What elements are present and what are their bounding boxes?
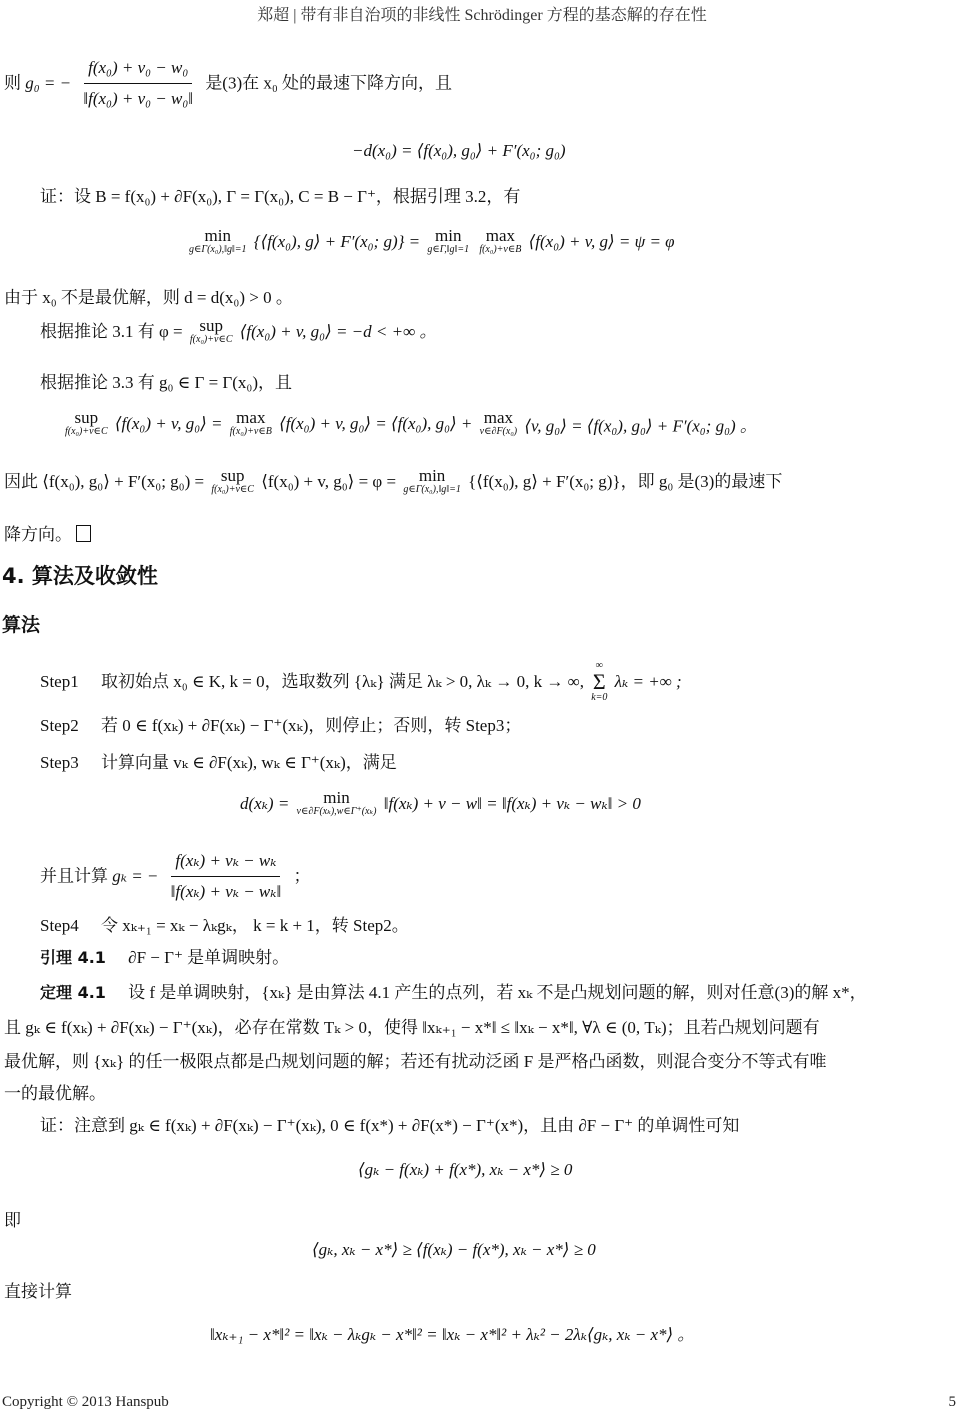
equation-2-tail: ⟨f(x₀) + v, g⟩ = ψ = φ: [529, 232, 675, 251]
copyright: Copyright © 2013 Hanspub: [2, 1394, 169, 1411]
paragraph-ji: 即: [4, 1208, 21, 1234]
corollary-3-3-line: 根据推论 3.3 有 g₀ ∈ Γ = Γ(x₀)，且: [40, 370, 292, 396]
fraction: f(x₀) + v₀ − w₀ ‖f(x₀) + v₀ − w₀‖: [79, 55, 197, 112]
min-operator: ming∈Γ(x₀),‖g‖=1: [403, 468, 461, 496]
equation-3: supf(x₀)+v∈C ⟨f(x₀) + v, g₀⟩ = maxf(x₀)+…: [62, 410, 757, 438]
text: 降方向。: [4, 525, 72, 544]
max-operator: maxv∈∂F(x₀): [480, 410, 517, 438]
step-text: 取初始点 x₀ ∈ K, k = 0，选取数列 {λₖ} 满足 λₖ > 0, …: [101, 672, 584, 691]
eq3-part-c: ⟨v, g₀⟩ = ⟨f(x₀), g₀⟩ + F′(x₀; g₀) 。: [524, 417, 757, 436]
max-operator: maxf(x₀)+v∈B: [479, 228, 521, 256]
min-operator: ming∈Γ,‖g‖=1: [427, 228, 469, 256]
eq3-part-a: ⟨f(x₀) + v, g₀⟩ =: [115, 414, 223, 433]
fraction-denominator: ‖f(xₖ) + vₖ − wₖ‖: [167, 877, 286, 905]
therefore-continuation: 降方向。: [4, 522, 91, 548]
step-label: Step2: [40, 716, 79, 735]
subsection-title: 算法: [2, 610, 40, 637]
step4: Step4 令 xₖ₊₁ = xₖ − λₖgₖ， k = k + 1，转 St…: [40, 913, 409, 939]
therefore-line: 因此 ⟨f(x₀), g₀⟩ + F′(x₀; g₀) = supf(x₀)+v…: [4, 468, 782, 496]
eq3-part-b: ⟨f(x₀) + v, g₀⟩ = ⟨f(x₀), g₀⟩ +: [279, 414, 472, 433]
step-text: 若 0 ∈ f(xₖ) + ∂F(xₖ) − Γ⁺(xₖ)，则停止；否则，转 S…: [101, 716, 521, 735]
step-text: 令 xₖ₊₁ = xₖ − λₖgₖ， k = k + 1，转 Step2。: [101, 916, 409, 935]
corollary-3-1-line: 根据推论 3.1 有 φ = supf(x₀)+v∈C ⟨f(x₀) + v, …: [40, 318, 436, 346]
theorem-4-1-line-2: 且 gₖ ∈ f(xₖ) + ∂F(xₖ) − Γ⁺(xₖ)，必存在常数 Tₖ …: [4, 1015, 820, 1041]
equation-5: ⟨gₖ − f(xₖ) + f(x*), xₖ − x*⟩ ≥ 0: [358, 1160, 572, 1180]
theorem-4-1-line-3: 最优解，则 {xₖ} 的任一极限点都是凸规划问题的解；若还有扰动泛函 F 是严格…: [4, 1049, 826, 1075]
eq4-tail: ‖f(xₖ) + v − w‖ = ‖f(xₖ) + vₖ − wₖ‖ > 0: [384, 794, 641, 813]
proof-intro: 证：设 B = f(x₀) + ∂F(x₀), Γ = Γ(x₀), C = B…: [40, 184, 520, 210]
equation-7: ‖xₖ₊₁ − x*‖² = ‖xₖ − λₖgₖ − x*‖² = ‖xₖ −…: [210, 1320, 694, 1345]
min-operator: minv∈∂F(xₖ),w∈Γ⁺(xₖ): [297, 790, 377, 818]
equation-4: d(xₖ) = minv∈∂F(xₖ),w∈Γ⁺(xₖ) ‖f(xₖ) + v …: [240, 790, 641, 818]
step3: Step3 计算向量 vₖ ∈ ∂F(xₖ), wₖ ∈ Γ⁺(xₖ)，满足: [40, 750, 397, 776]
formula-lhs: g₀ = −: [25, 74, 71, 93]
proof-theorem: 证：注意到 gₖ ∈ f(xₖ) + ∂F(xₖ) − Γ⁺(xₖ), 0 ∈ …: [40, 1113, 739, 1139]
equation-2: ming∈Γ(x₀),‖g‖=1 {⟨f(x₀), g⟩ + F′(x₀; g)…: [186, 228, 675, 256]
fraction-denominator: ‖f(x₀) + v₀ − w₀‖: [79, 84, 197, 112]
equation-2-middle: {⟨f(x₀), g⟩ + F′(x₀; g)} =: [254, 232, 420, 251]
formula-lhs: gₖ = −: [112, 867, 158, 886]
gk-definition: 并且计算 gₖ = − f(xₖ) + vₖ − wₖ ‖f(xₖ) + vₖ …: [40, 848, 310, 905]
equation-1: −d(x₀) = ⟨f(x₀), g₀⟩ + F′(x₀; g₀): [352, 141, 566, 161]
therefore-part-a: 因此 ⟨f(x₀), g₀⟩ + F′(x₀; g₀) =: [4, 472, 204, 491]
step-label: Step3: [40, 753, 79, 772]
sum-operator: ∞ Σ k=0: [591, 660, 607, 704]
section-title: 4. 算法及收敛性: [2, 560, 158, 590]
theorem-text: 设 f 是单调映射，{xₖ} 是由算法 4.1 产生的点列，若 xₖ 不是凸规划…: [128, 983, 866, 1002]
fraction-numerator: f(xₖ) + vₖ − wₖ: [171, 848, 280, 877]
running-header: 郑超 | 带有非自治项的非线性 Schrödinger 方程的基态解的存在性: [0, 2, 964, 25]
equation-6: ⟨gₖ, xₖ − x*⟩ ≥ ⟨f(xₖ) − f(x*), xₖ − x*⟩…: [312, 1240, 596, 1260]
step-label: Step4: [40, 916, 79, 935]
theorem-4-1-line-1: 定理 4.1 设 f 是单调映射，{xₖ} 是由算法 4.1 产生的点列，若 x…: [40, 980, 867, 1006]
lemma-text: ∂F − Γ⁺ 是单调映射。: [128, 948, 289, 967]
qed-box-icon: [76, 525, 91, 542]
theorem-4-1-line-4: 一的最优解。: [4, 1081, 106, 1107]
formula-tail: ⟨f(x₀) + v, g₀⟩ = −d < +∞ 。: [240, 322, 437, 341]
step2: Step2 若 0 ∈ f(xₖ) + ∂F(xₖ) − Γ⁺(xₖ)，则停止；…: [40, 713, 521, 739]
therefore-part-c: {⟨f(x₀), g⟩ + F′(x₀; g)}，即 g₀ 是(3)的最速下: [468, 472, 782, 491]
text-prefix: 并且计算: [40, 867, 108, 886]
text-prefix: 则: [4, 74, 21, 93]
eq4-lhs: d(xₖ) =: [240, 794, 289, 813]
step-label: Step1: [40, 672, 79, 691]
min-operator: ming∈Γ(x₀),‖g‖=1: [189, 228, 247, 256]
sup-operator: supf(x₀)+v∈C: [190, 318, 233, 346]
max-operator: maxf(x₀)+v∈B: [230, 410, 272, 438]
lemma-label: 引理 4.1: [40, 948, 106, 967]
step1: Step1 取初始点 x₀ ∈ K, k = 0，选取数列 {λₖ} 满足 λₖ…: [40, 660, 682, 704]
step-text-tail: λₖ = +∞ ;: [615, 672, 682, 691]
fraction: f(xₖ) + vₖ − wₖ ‖f(xₖ) + vₖ − wₖ‖: [167, 848, 286, 905]
therefore-part-b: ⟨f(x₀) + v, g₀⟩ = φ =: [261, 472, 396, 491]
fraction-numerator: f(x₀) + v₀ − w₀: [84, 55, 192, 84]
step-text: 计算向量 vₖ ∈ ∂F(xₖ), wₖ ∈ Γ⁺(xₖ)，满足: [101, 753, 397, 772]
paragraph-direct-compute: 直接计算: [4, 1279, 72, 1305]
paragraph-not-optimal: 由于 x₀ 不是最优解，则 d = d(x₀) > 0 。: [4, 285, 293, 311]
g0-definition: 则 g₀ = − f(x₀) + v₀ − w₀ ‖f(x₀) + v₀ − w…: [4, 55, 452, 112]
text-prefix: 根据推论 3.1 有 φ =: [40, 322, 183, 341]
text-suffix: ；: [293, 867, 310, 886]
sup-operator: supf(x₀)+v∈C: [65, 410, 108, 438]
sup-operator: supf(x₀)+v∈C: [211, 468, 254, 496]
text-suffix: 是(3)在 x₀ 处的最速下降方向，且: [205, 74, 452, 93]
lemma-4-1: 引理 4.1 ∂F − Γ⁺ 是单调映射。: [40, 945, 289, 971]
page-number: 5: [949, 1394, 957, 1411]
theorem-label: 定理 4.1: [40, 983, 106, 1002]
